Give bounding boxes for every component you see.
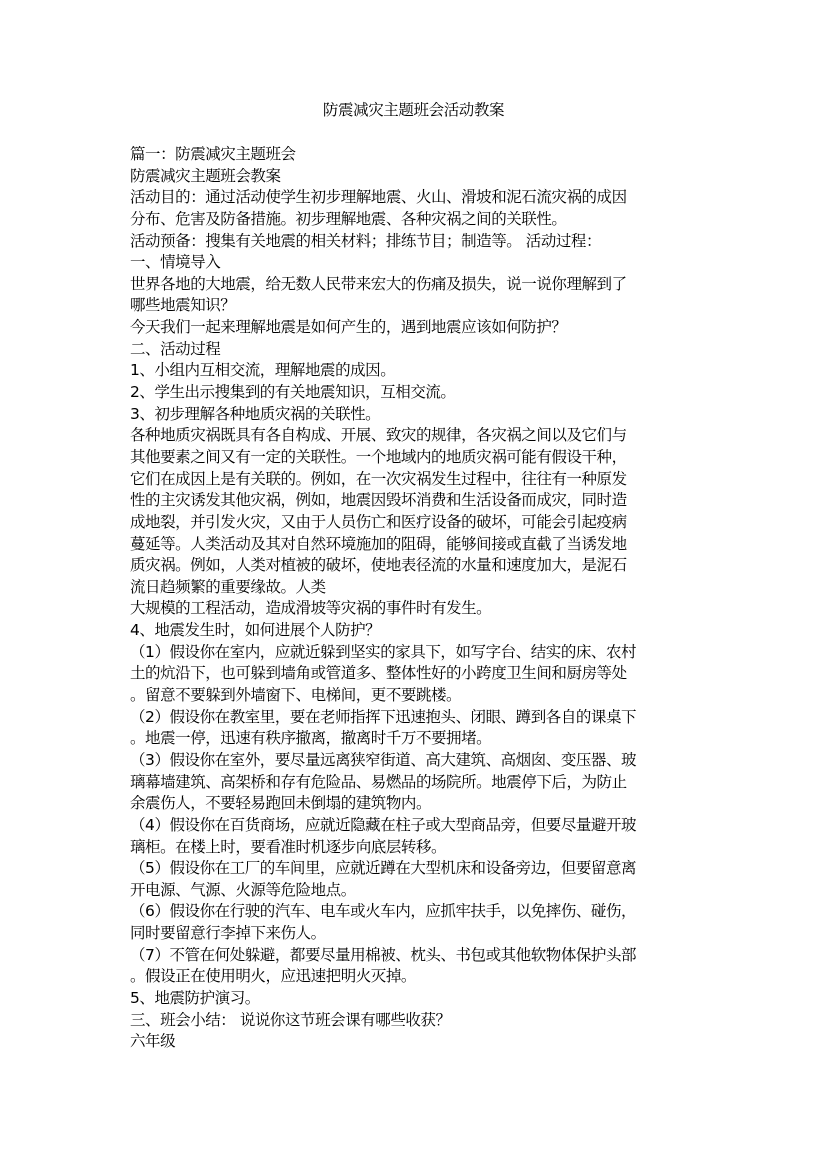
sub-item-2: （2）假设你在教室里，要在老师指挥下迅速抱头、闭眼、蹲到各自的课桌下 [130, 707, 700, 729]
sub-item-7: （7）不管在何处躲避，都要尽量用棉被、枕头、书包或其他软物体保护头部 [130, 945, 700, 967]
sub-item-1-cont: 。留意不要躲到外墙窗下、电梯间，更不要跳楼。 [130, 685, 700, 707]
sub-item-3: （3）假设你在室外，要尽量远离狭窄街道、高大建筑、高烟囱、变压器、玻 [130, 750, 700, 772]
document-page: 防震减灾主题班会活动教案 篇一：防震减灾主题班会 防震减灾主题班会教案 活动目的… [0, 0, 827, 1170]
sub-item-4-cont: 璃柜。在楼上时，要看准时机逐步向底层转移。 [130, 837, 700, 859]
paragraph-line: 大规模的工程活动，造成滑坡等灾祸的事件时有发生。 [130, 598, 700, 620]
activity-preparation-line: 活动预备：搜集有关地震的相关材料；排练节目；制造等。 活动过程： [130, 231, 700, 253]
sub-item-6-cont: 同时要留意行李掉下来伤人。 [130, 923, 700, 945]
grade-label: 六年级 [130, 1031, 700, 1053]
list-item-2: 2、学生出示搜集到的有关地震知识，互相交流。 [130, 382, 700, 404]
paragraph-line: 其他要素之间又有一定的关联性。一个地域内的地质灾祸可能有假设干种， [130, 447, 700, 469]
paragraph-line: 流日趋频繁的重要缘故。人类 [130, 577, 700, 599]
document-body: 篇一：防震减灾主题班会 防震减灾主题班会教案 活动目的：通过活动使学生初步理解地… [130, 144, 700, 1053]
list-item-3: 3、初步理解各种地质灾祸的关联性。 [130, 404, 700, 426]
sub-item-1-cont: 土的炕沿下，也可躲到墙角或管道多、整体性好的小跨度卫生间和厨房等处 [130, 663, 700, 685]
sub-item-2-cont: 。地震一停，迅速有秩序撤离，撤离时千万不要拥堵。 [130, 728, 700, 750]
sub-item-3-cont: 余震伤人，不要轻易跑回未倒塌的建筑物内。 [130, 793, 700, 815]
paragraph-line: 性的主灾诱发其他灾祸，例如，地震因毁坏消费和生活设备而成灾，同时造 [130, 490, 700, 512]
paragraph-line: 蔓延等。人类活动及其对自然环境施加的阻碍，能够间接或直截了当诱发地 [130, 534, 700, 556]
sub-item-5-cont: 开电源、气源、火源等危险地点。 [130, 880, 700, 902]
sub-item-5: （5）假设你在工厂的车间里，应就近蹲在大型机床和设备旁边，但要留意离 [130, 858, 700, 880]
paragraph-line: 各种地质灾祸既具有各自构成、开展、致灾的规律，各灾祸之间以及它们与 [130, 425, 700, 447]
sub-item-6: （6）假设你在行驶的汽车、电车或火车内，应抓牢扶手，以免摔伤、碰伤， [130, 901, 700, 923]
document-title: 防震减灾主题班会活动教案 [0, 99, 827, 121]
sub-item-1: （1）假设你在室内，应就近躲到坚实的家具下，如写字台、结实的床、农村 [130, 642, 700, 664]
paragraph-line: 世界各地的大地震，给无数人民带来宏大的伤痛及损失，说一说你理解到了 [130, 274, 700, 296]
section-heading-intro: 一、情境导入 [130, 252, 700, 274]
section-heading-part-one: 篇一：防震减灾主题班会 [130, 144, 700, 166]
paragraph-line: 质灾祸。例如，人类对植被的破坏，使地表径流的水量和速度加大，是泥石 [130, 555, 700, 577]
paragraph-line: 它们在成因上是有关联的。例如，在一次灾祸发生过程中，往往有一种原发 [130, 469, 700, 491]
activity-purpose-line: 分布、危害及防备措施。初步理解地震、各种灾祸之间的关联性。 [130, 209, 700, 231]
sub-item-7-cont: 。假设正在使用明火，应迅速把明火灭掉。 [130, 966, 700, 988]
paragraph-line: 今天我们一起来理解地震是如何产生的，遇到地震应该如何防护？ [130, 317, 700, 339]
activity-purpose-line: 活动目的：通过活动使学生初步理解地震、火山、滑坡和泥石流灾祸的成因 [130, 187, 700, 209]
sub-item-4: （4）假设你在百货商场，应就近隐藏在柱子或大型商品旁，但要尽量避开玻 [130, 815, 700, 837]
paragraph-line: 哪些地震知识？ [130, 295, 700, 317]
list-item-1: 1、小组内互相交流，理解地震的成因。 [130, 360, 700, 382]
section-heading-process: 二、活动过程 [130, 339, 700, 361]
list-item-4: 4、地震发生时，如何进展个人防护？ [130, 620, 700, 642]
paragraph-line: 成地裂，并引发火灾，又由于人员伤亡和医疗设备的破坏，可能会引起疫病 [130, 512, 700, 534]
subtitle-lesson-plan: 防震减灾主题班会教案 [130, 166, 700, 188]
sub-item-3-cont: 璃幕墙建筑、高架桥和存有危险品、易燃品的场院所。地震停下后，为防止 [130, 772, 700, 794]
section-heading-summary: 三、班会小结： 说说你这节班会课有哪些收获？ [130, 1010, 700, 1032]
list-item-5: 5、地震防护演习。 [130, 988, 700, 1010]
